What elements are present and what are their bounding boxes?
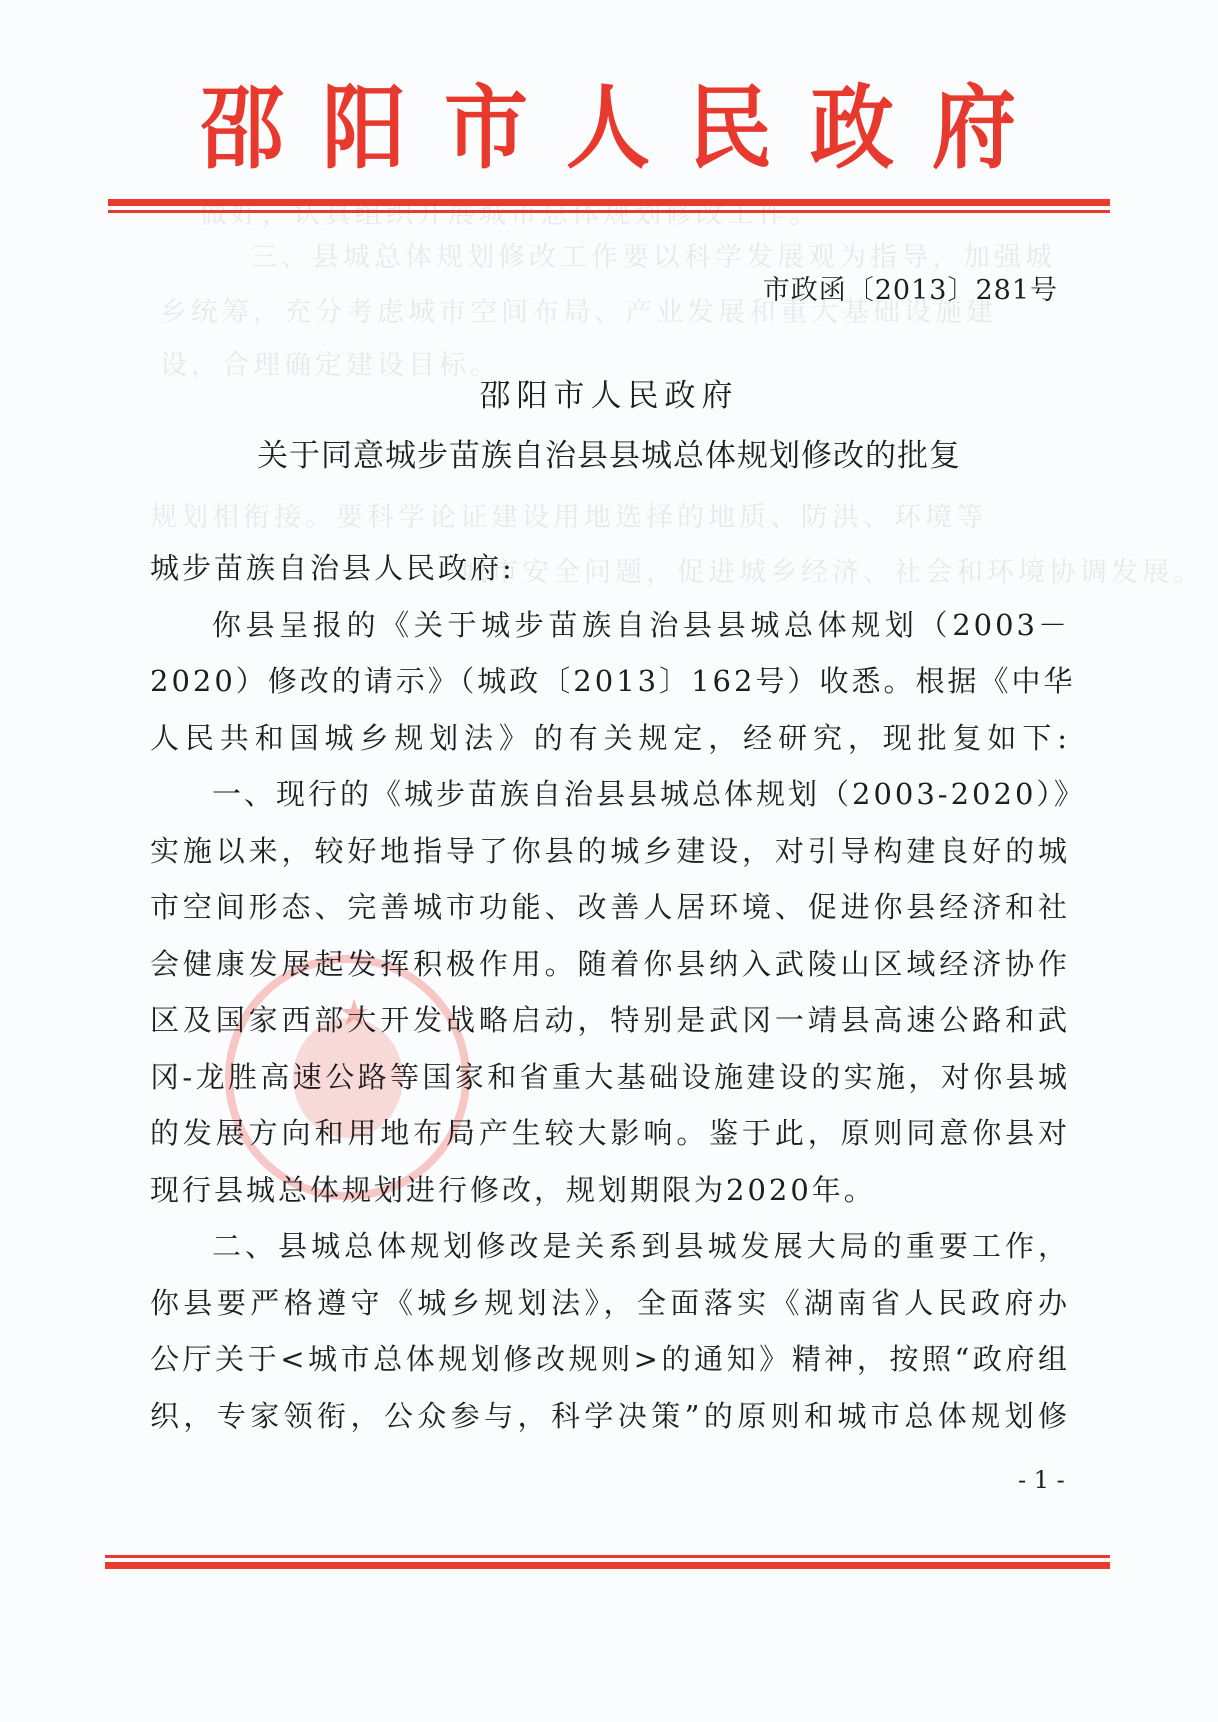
body-line: 市空间形态、完善城市功能、改善人居环境、促进你县经济和社: [150, 879, 1070, 936]
body-line: 你县要严格遵守《城乡规划法》，全面落实《湖南省人民政府办: [150, 1275, 1070, 1332]
body-line: 公厅关于<城市总体规划修改规则>的通知》精神，按照“政府组: [150, 1331, 1070, 1388]
body-line: 的发展方向和用地布局产生较大影响。鉴于此，原则同意你县对: [150, 1105, 1070, 1162]
body-line: 织，专家领衔，公众参与，科学决策”的原则和城市总体规划修: [150, 1388, 1070, 1445]
footer-rule-thin: [105, 1555, 1110, 1558]
document-body: 城步苗族自治县人民政府: 你县呈报的《关于城步苗族自治县县城总体规划（2003－…: [150, 540, 1070, 1444]
body-line: 人民共和国城乡规划法》的有关规定，经研究，现批复如下:: [150, 710, 1070, 767]
page-number: - 1 -: [1018, 1466, 1065, 1494]
letterhead-rule-thin: [108, 210, 1110, 213]
body-line: 你县呈报的《关于城步苗族自治县县城总体规划（2003－: [150, 597, 1070, 654]
document-title-subject: 关于同意城步苗族自治县县城总体规划修改的批复: [0, 430, 1218, 475]
body-line: 2020）修改的请示》（城政〔2013〕162号）收悉。根据《中华: [150, 653, 1070, 710]
document-number: 市政函〔2013〕281号: [763, 268, 1058, 307]
salutation: 城步苗族自治县人民政府:: [150, 540, 1070, 597]
body-line: 现行县城总体规划进行修改，规划期限为2020年。: [150, 1162, 1070, 1219]
document-page: 做好，认真组织开展城市总体规划修改工作。 三、县城总体规划修改工作要以科学发展观…: [0, 0, 1218, 1722]
body-line: 区及国家西部大开发战略启动，特别是武冈一靖县高速公路和武: [150, 992, 1070, 1049]
footer-rule-thick: [105, 1562, 1110, 1569]
body-line: 实施以来，较好地指导了你县的城乡建设，对引导构建良好的城: [150, 823, 1070, 880]
letterhead-rule-thick: [108, 199, 1110, 206]
body-line: 二、县城总体规划修改是关系到县城发展大局的重要工作，: [150, 1218, 1070, 1275]
body-line: 一、现行的《城步苗族自治县县城总体规划（2003-2020）》: [150, 766, 1070, 823]
body-line: 冈-龙胜高速公路等国家和省重大基础设施建设的实施，对你县城: [150, 1049, 1070, 1106]
body-line: 会健康发展起发挥积极作用。随着你县纳入武陵山区域经济协作: [150, 936, 1070, 993]
document-title-issuer: 邵阳市人民政府: [0, 370, 1218, 415]
letterhead-title: 邵阳市人民政府: [0, 74, 1218, 182]
bleed-through-text: 规划相衔接。要科学论证建设用地选择的地质、防洪、环境等: [150, 495, 987, 534]
